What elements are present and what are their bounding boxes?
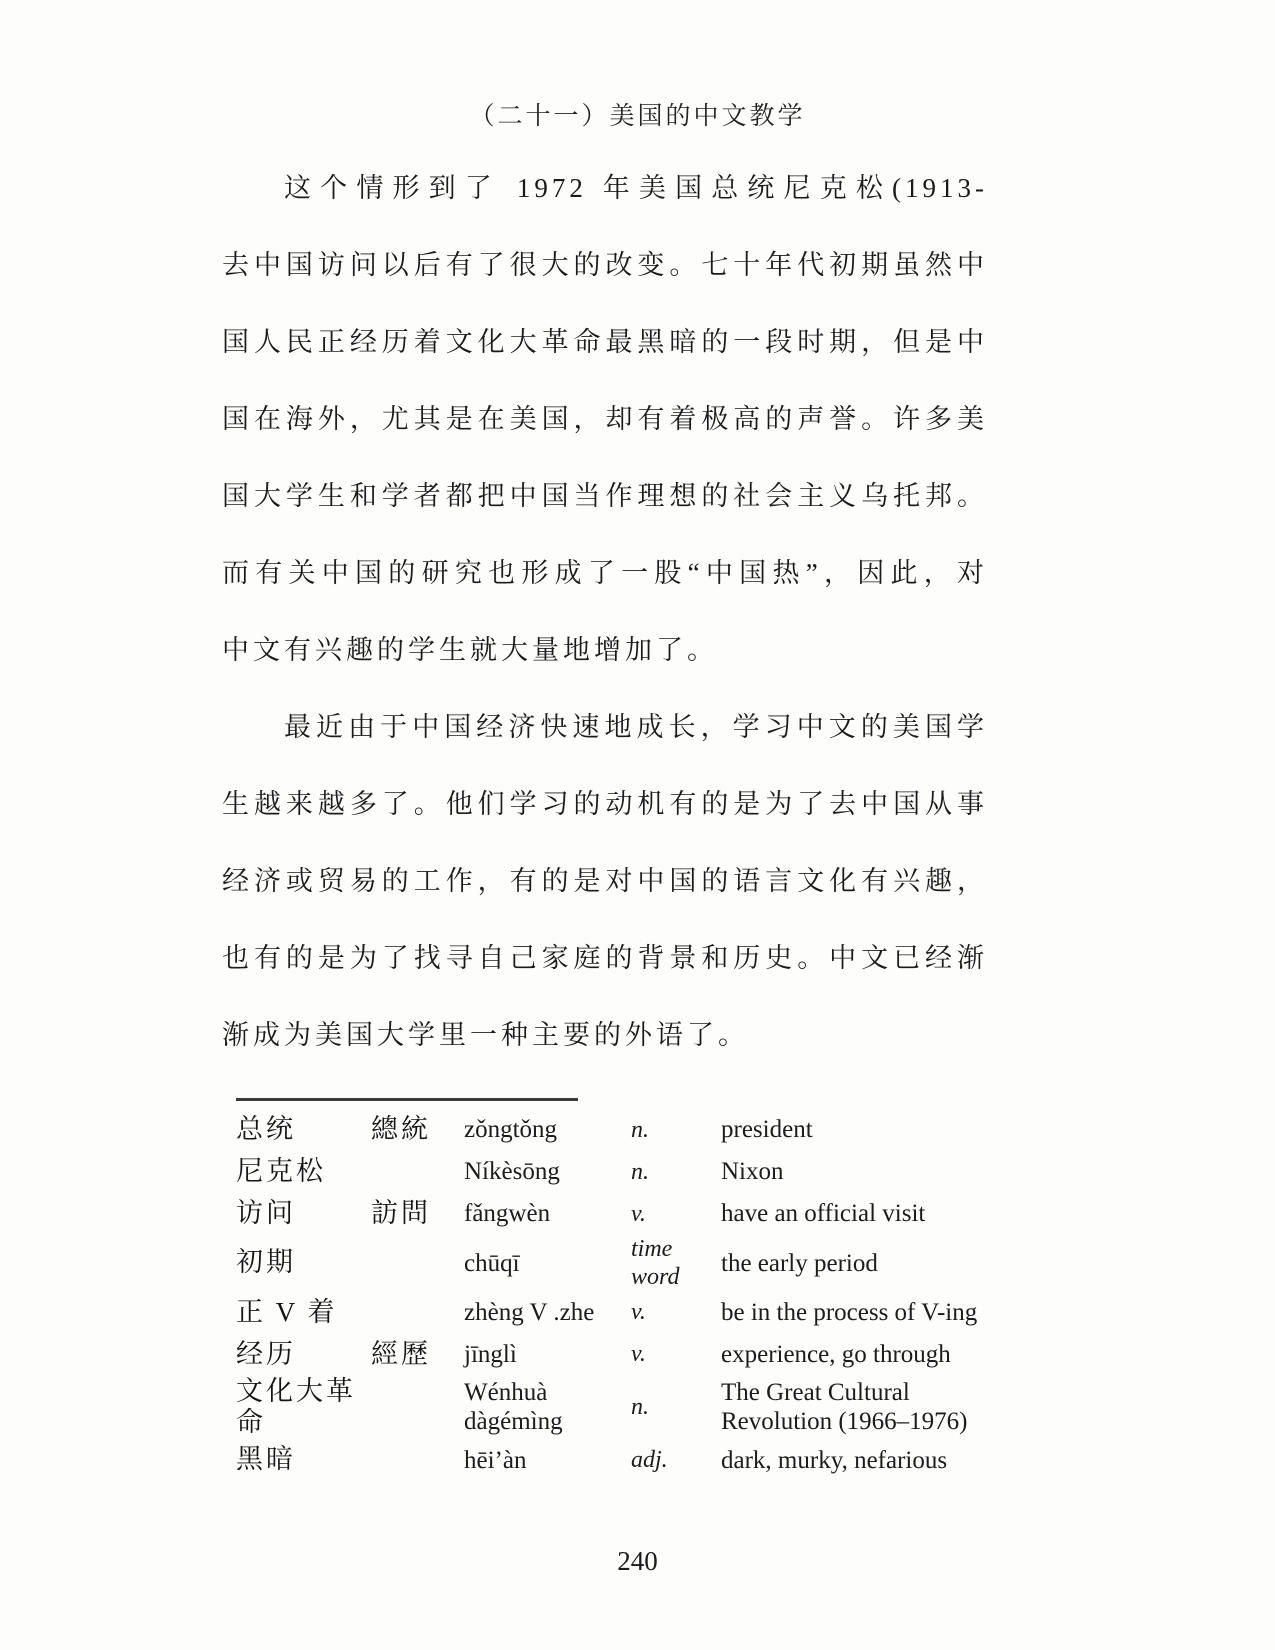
vocab-row: 经历 經歷 jīnglì v. experience, go through [236,1334,1000,1376]
text-line: 国在海外，尤其是在美国，却有着极高的声誉。许多美 [222,381,988,458]
vocab-row: 访问 訪問 fǎngwèn v. have an official visit [236,1193,1000,1235]
simplified-cell: 黑暗 [236,1444,371,1476]
pos-cell: adj. [631,1446,721,1474]
pinyin-cell: fǎngwèn [464,1199,631,1229]
article-body: 这个情形到了 1972 年美国总统尼克松(1913-1994) 去中国访问以后有… [222,150,988,1074]
page-number: 240 [0,1546,1275,1577]
textbook-page: （二十一）美国的中文教学 这个情形到了 1972 年美国总统尼克松(1913-1… [0,0,1275,1650]
text-line: 最近由于中国经济快速地成长，学习中文的美国学 [222,689,988,766]
simplified-cell: 尼克松 [236,1156,371,1188]
vocab-row: 正 V 着 zhèng V .zhe v. be in the process … [236,1292,1000,1334]
pos-cell: n. [631,1116,721,1144]
text-line: 中文有兴趣的学生就大量地增加了。 [222,612,988,689]
traditional-cell: 經歷 [371,1339,464,1371]
page-header: （二十一）美国的中文教学 [0,96,1275,132]
pinyin-cell: zǒngtǒng [464,1115,631,1145]
pos-cell: n. [631,1158,721,1186]
text-line: 国大学生和学者都把中国当作理想的社会主义乌托邦。 [222,458,988,535]
pos-cell: time word [631,1235,721,1292]
simplified-cell: 经历 [236,1339,371,1371]
pinyin-cell: chūqī [464,1249,631,1279]
pinyin-cell: zhèng V .zhe [464,1298,631,1328]
text-line: 而有关中国的研究也形成了一股“中国热”，因此，对 [222,535,988,612]
vocab-row: 初期 chūqī time word the early period [236,1235,1000,1292]
simplified-cell: 正 V 着 [236,1297,371,1329]
text-line: 生越来越多了。他们学习的动机有的是为了去中国从事 [222,766,988,843]
table-top-rule [236,1098,578,1101]
english-cell: dark, murky, nefarious [721,1446,1000,1476]
pinyin-cell: hēi’àn [464,1446,631,1476]
pos-cell: n. [631,1393,721,1421]
text-line: 去中国访问以后有了很大的改变。七十年代初期虽然中 [222,227,988,304]
vocab-row: 文化大革命 Wénhuà dàgémìng n. The Great Cultu… [236,1376,1000,1440]
vocab-row: 总统 總統 zǒngtǒng n. president [236,1109,1000,1151]
english-cell: have an official visit [721,1199,1000,1229]
text-line: 渐成为美国大学里一种主要的外语了。 [222,997,988,1074]
english-cell: Nixon [721,1157,1000,1187]
simplified-cell: 总统 [236,1114,371,1146]
text-line: 国人民正经历着文化大革命最黑暗的一段时期，但是中 [222,304,988,381]
pinyin-cell: Wénhuà dàgémìng [464,1378,631,1437]
traditional-cell: 總統 [371,1114,464,1146]
pos-cell: v. [631,1200,721,1228]
english-cell: experience, go through [721,1340,1000,1370]
vocab-table: 总统 總統 zǒngtǒng n. president 尼克松 Níkèsōng… [236,1098,1000,1481]
pos-cell: v. [631,1298,721,1326]
english-cell: The Great Cultural Revolution (1966–1976… [721,1378,1000,1437]
vocab-row: 尼克松 Níkèsōng n. Nixon [236,1151,1000,1193]
english-cell: be in the process of V-ing [721,1298,1000,1328]
pinyin-cell: Níkèsōng [464,1157,631,1187]
simplified-cell: 文化大革命 [236,1376,371,1440]
pinyin-cell: jīnglì [464,1340,631,1370]
english-cell: president [721,1115,1000,1145]
text-line: 经济或贸易的工作，有的是对中国的语言文化有兴趣， [222,843,988,920]
traditional-cell: 訪問 [371,1198,464,1230]
english-cell: the early period [721,1249,1000,1279]
pos-cell: v. [631,1340,721,1368]
simplified-cell: 访问 [236,1198,371,1230]
text-line: 也有的是为了找寻自己家庭的背景和历史。中文已经渐 [222,920,988,997]
vocab-row: 黑暗 hēi’àn adj. dark, murky, nefarious [236,1439,1000,1481]
text-line: 这个情形到了 1972 年美国总统尼克松(1913-1994) [222,150,988,227]
simplified-cell: 初期 [236,1247,371,1279]
